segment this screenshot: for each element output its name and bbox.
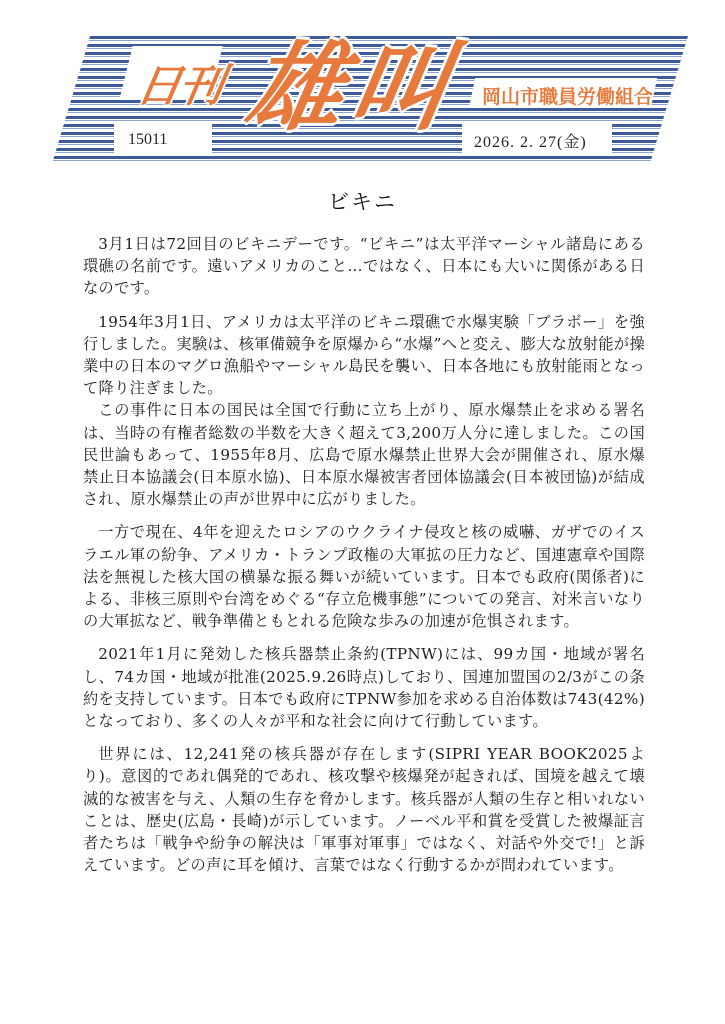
- issue-date: 2026. 2. 27(金): [474, 129, 587, 152]
- article-body: 3月1日は72回目のビキニデーです。“ビキニ”は太平洋マーシャル諸島にある環礁の…: [83, 233, 645, 876]
- masthead: 日刊 雄叫 岡山市職員労働組合 15011 2026. 2. 27(金): [52, 36, 688, 164]
- masthead-title: 雄叫: [240, 40, 465, 136]
- paragraph-current-situation: 一方で現在、4年を迎えたロシアのウクライナ侵攻と核の威嚇、ガザでのイスラエル軍の…: [83, 521, 645, 632]
- masthead-title-small: 日刊: [132, 50, 227, 114]
- paragraph-nuclear-weapons: 世界には、12,241発の核兵器が存在します(SIPRI YEAR BOOK20…: [83, 743, 645, 876]
- paragraph-tpnw: 2021年1月に発効した核兵器禁止条約(TPNW)には、99カ国・地域が署名し、…: [83, 643, 645, 732]
- issue-number: 15011: [128, 131, 167, 149]
- paragraph-1954-test: 1954年3月1日、アメリカは太平洋のビキニ環礁で水爆実験「ブラボー」を強行しま…: [83, 311, 645, 400]
- paragraph-petition: この事件に日本の国民は全国で行動に立ち上がり、原水爆禁止を求める署名は、当時の有…: [83, 399, 645, 510]
- organization-name: 岡山市職員労働組合: [482, 82, 653, 109]
- article-title: ビキニ: [0, 186, 725, 216]
- paragraph-intro: 3月1日は72回目のビキニデーです。“ビキニ”は太平洋マーシャル諸島にある環礁の…: [83, 233, 645, 300]
